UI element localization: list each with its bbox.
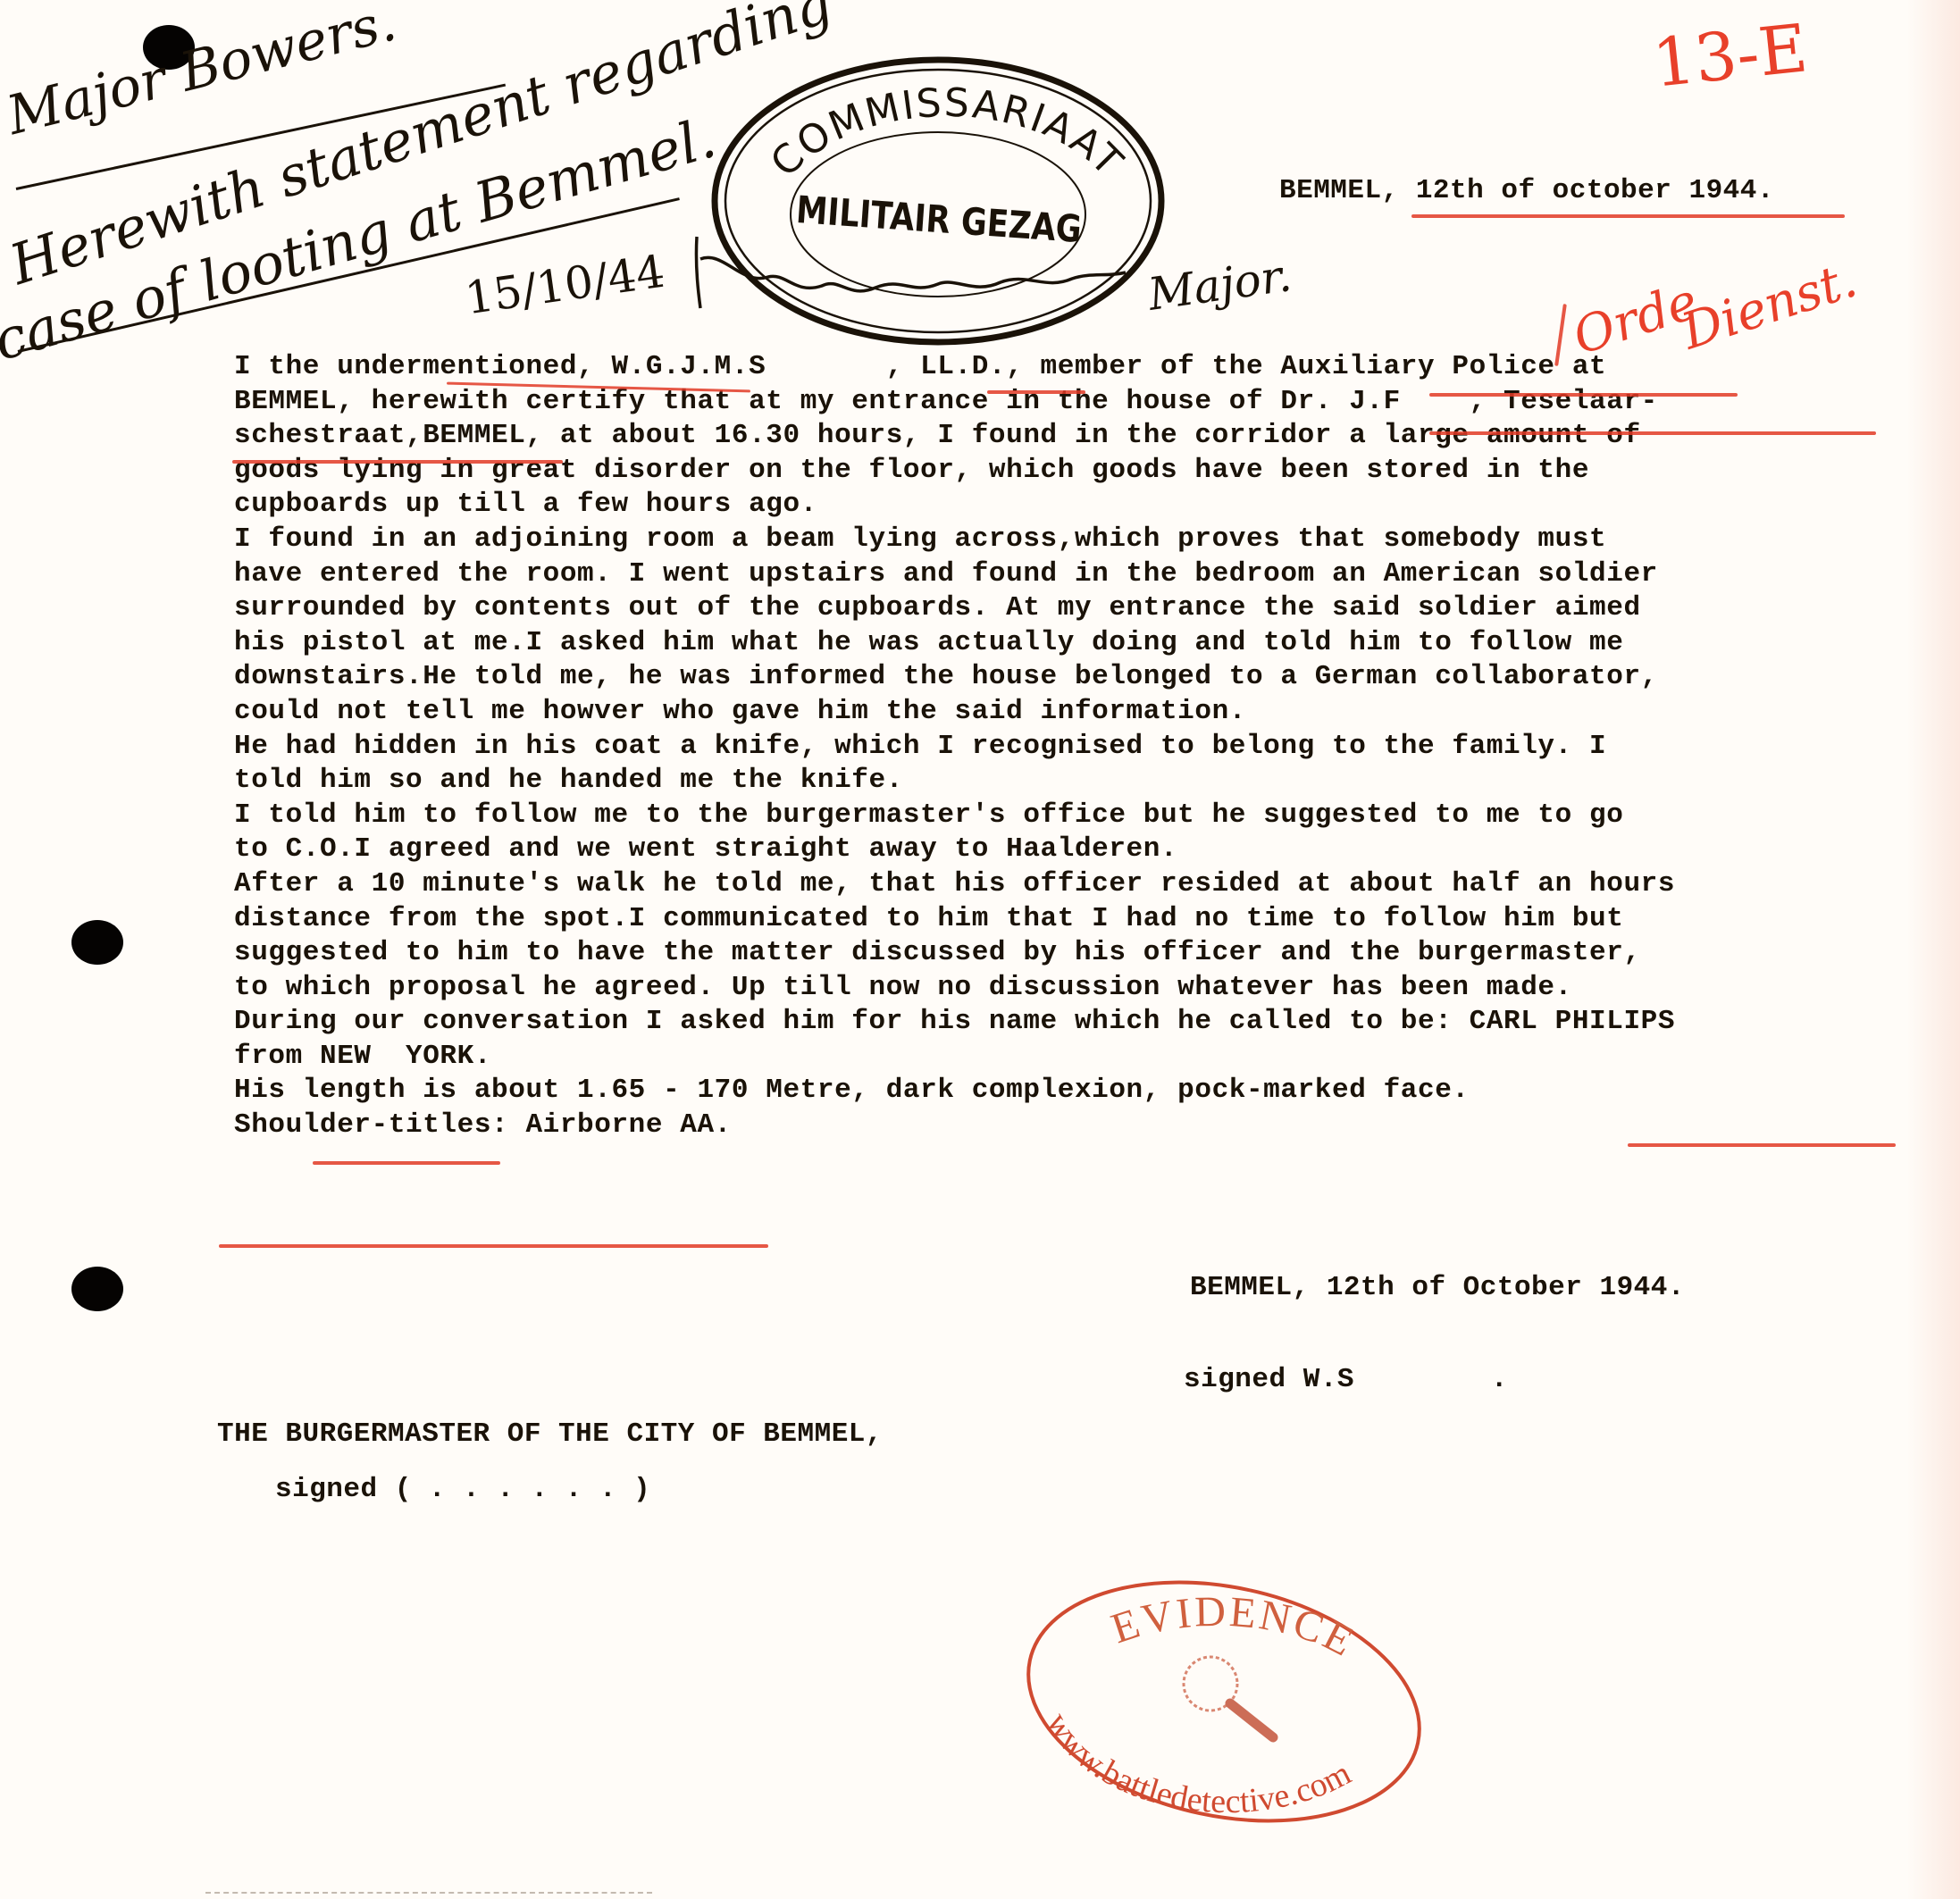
- statement-line: have entered the room. I went upstairs a…: [234, 557, 1905, 592]
- statement-line: his pistol at me.I asked him what he was…: [234, 626, 1905, 661]
- statement-line: His length is about 1.65 - 170 Metre, da…: [234, 1074, 1905, 1108]
- underline-new-york: [313, 1161, 500, 1165]
- statement-line: told him so and he handed me the knife.: [234, 764, 1905, 799]
- statement-line: After a 10 minute's walk he told me, tha…: [234, 867, 1905, 902]
- underline-street: [232, 460, 563, 464]
- burgermaster-line: THE BURGERMASTER OF THE CITY OF BEMMEL,: [217, 1418, 883, 1450]
- statement-line: distance from the spot.I communicated to…: [234, 902, 1905, 937]
- commissariaat-stamp: COMMISSARIAAT MILITAIR GEZAG: [706, 54, 1170, 348]
- file-mark: 13-E: [1649, 10, 1811, 103]
- signed-ws: signed W.S .: [1184, 1364, 1508, 1395]
- statement-line: cupboards up till a few hours ago.: [234, 488, 1905, 523]
- statement-line: During our conversation I asked him for …: [234, 1005, 1905, 1040]
- svg-text:www.battledetective.com: www.battledetective.com: [1039, 1706, 1357, 1820]
- svg-text:MILITAIR GEZAG: MILITAIR GEZAG: [795, 188, 1084, 251]
- underline-shoulder-titles: [219, 1244, 768, 1248]
- evidence-stamp: EVIDENCE www.battledetective.com: [1014, 1568, 1434, 1836]
- bottom-edge-rule: [205, 1892, 652, 1894]
- punch-hole-bottom: [71, 1267, 123, 1311]
- statement-line: goods lying in great disorder on the flo…: [234, 454, 1905, 489]
- statement-line: suggested to him to have the matter disc…: [234, 936, 1905, 971]
- statement-line: from NEW YORK.: [234, 1040, 1905, 1075]
- punch-hole-middle: [71, 920, 123, 965]
- statement-line: I the undermentioned, W.G.J.M.S , LL.D.,…: [234, 350, 1905, 385]
- header-date: BEMMEL, 12th of october 1944.: [1279, 175, 1774, 206]
- statement-line: schestraat,BEMMEL, at about 16.30 hours,…: [234, 419, 1905, 454]
- burgermaster-signed: signed ( . . . . . . ): [275, 1474, 650, 1505]
- statement-line: Shoulder-titles: Airborne AA.: [234, 1108, 1905, 1143]
- statement-line: He had hidden in his coat a knife, which…: [234, 730, 1905, 765]
- statement-line: to which proposal he agreed. Up till now…: [234, 971, 1905, 1006]
- underline-dr-address: [1429, 431, 1876, 435]
- handwritten-date: 15/10/44: [462, 246, 667, 325]
- paper-edge-shadow: [1906, 0, 1960, 1899]
- red-note-line-2: Dienst.: [1675, 251, 1864, 362]
- statement-line: I found in an adjoining room a beam lyin…: [234, 523, 1905, 557]
- header-date-underline: [1411, 214, 1845, 218]
- statement-line: to C.O.I agreed and we went straight awa…: [234, 832, 1905, 867]
- statement-line: I told him to follow me to the burgermas…: [234, 799, 1905, 833]
- underline-carl-philips: [1628, 1143, 1896, 1147]
- footer-date: BEMMEL, 12th of October 1944.: [1190, 1272, 1685, 1303]
- statement-line: surrounded by contents out of the cupboa…: [234, 591, 1905, 626]
- svg-text:EVIDENCE: EVIDENCE: [1106, 1588, 1363, 1667]
- underline-lld: [987, 390, 1085, 394]
- magnifying-glass-icon: [1184, 1657, 1273, 1737]
- statement-body: I the undermentioned, W.G.J.M.S , LL.D.,…: [234, 350, 1905, 1143]
- statement-line: could not tell me howver who gave him th…: [234, 695, 1905, 730]
- underline-auxiliary-police: [1429, 393, 1738, 397]
- statement-line: downstairs.He told me, he was informed t…: [234, 660, 1905, 695]
